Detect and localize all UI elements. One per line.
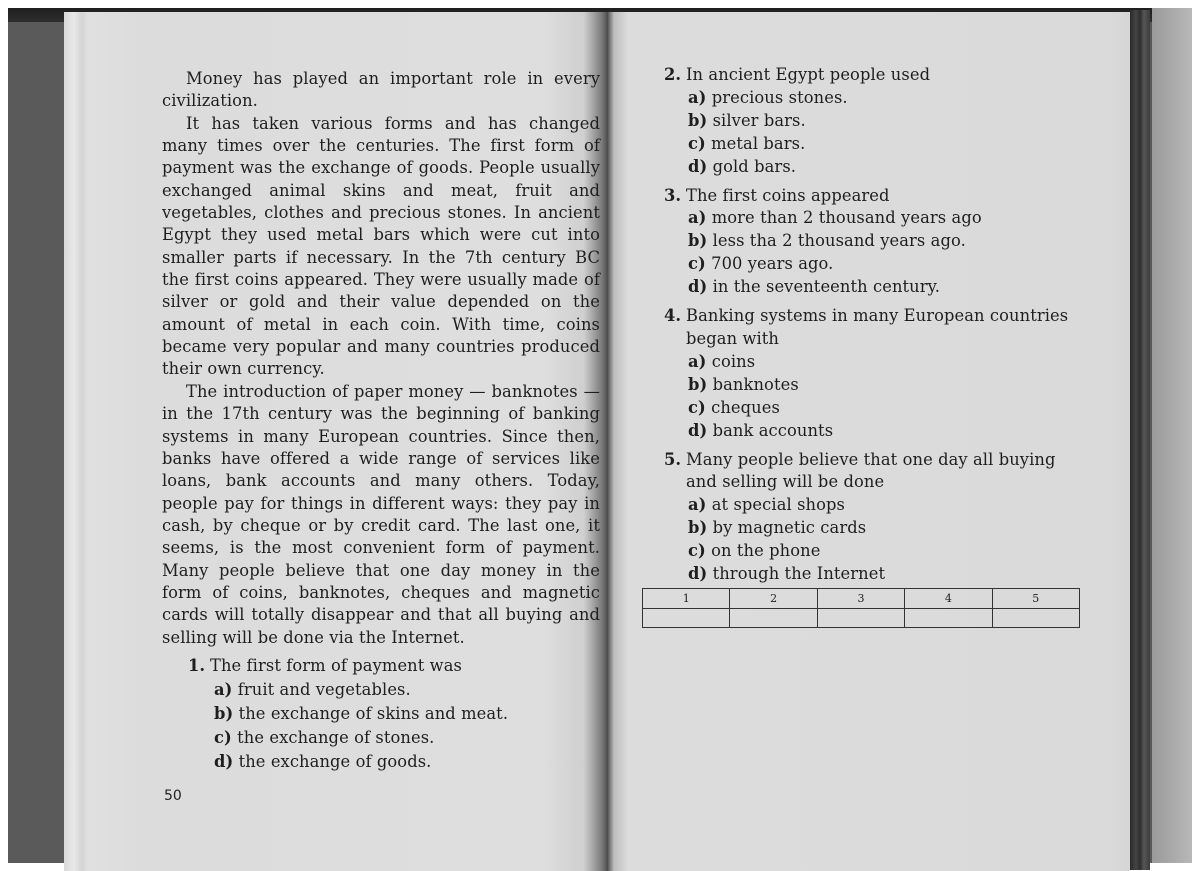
option-letter: b): [214, 704, 233, 723]
option-c: c) metal bars.: [664, 133, 1084, 156]
answer-table-header-row: 1 2 3 4 5: [643, 589, 1080, 609]
option-c: c) cheques: [664, 397, 1084, 420]
right-page-edge: [1130, 10, 1150, 870]
option-letter: a): [214, 680, 232, 699]
paragraph: The introduction of paper money — bankno…: [162, 381, 600, 649]
option-text: in the seventeenth century.: [713, 277, 940, 296]
option-b: b) silver bars.: [664, 110, 1084, 133]
question-text: Banking systems in many European countri…: [686, 306, 1068, 348]
option-letter: a): [688, 208, 706, 227]
option-text: 700 years ago.: [711, 254, 833, 273]
answer-table: 1 2 3 4 5: [642, 588, 1080, 628]
answer-cell: [643, 608, 730, 628]
paragraph: It has taken various forms and has chang…: [162, 113, 600, 381]
option-text: the exchange of stones.: [237, 728, 434, 747]
option-text: metal bars.: [711, 134, 805, 153]
option-letter: c): [688, 134, 706, 153]
option-text: precious stones.: [712, 88, 848, 107]
question-stem: 3. The first coins appeared: [664, 185, 1084, 208]
question-number: 2.: [664, 64, 681, 87]
option-text: by magnetic cards: [713, 518, 867, 537]
option-letter: b): [688, 518, 707, 537]
option-text: the exchange of skins and meat.: [239, 704, 509, 723]
option-a: a) more than 2 thousand years ago: [664, 207, 1084, 230]
question-number: 4.: [664, 305, 681, 328]
option-letter: c): [688, 254, 706, 273]
question-3: 3. The first coins appeared a) more than…: [664, 185, 1084, 300]
question-5: 5. Many people believe that one day all …: [664, 449, 1084, 586]
answer-cell: [817, 608, 904, 628]
question-4: 4. Banking systems in many European coun…: [664, 305, 1084, 442]
page-number: 50: [164, 788, 182, 804]
question-stem: 1. The first form of payment was: [188, 654, 608, 678]
answer-cell: [905, 608, 992, 628]
option-b: b) by magnetic cards: [664, 517, 1084, 540]
question-text: In ancient Egypt people used: [686, 65, 930, 84]
answer-table-answer-row: [643, 608, 1080, 628]
option-letter: d): [688, 421, 707, 440]
option-text: the exchange of goods.: [239, 752, 432, 771]
option-c: c) on the phone: [664, 540, 1084, 563]
option-letter: b): [688, 111, 707, 130]
paragraph: Money has played an important role in ev…: [162, 68, 600, 113]
scanner-background-right: [1152, 8, 1192, 863]
option-text: on the phone: [711, 541, 820, 560]
option-d: d) in the seventeenth century.: [664, 276, 1084, 299]
option-b: b) less tha 2 thousand years ago.: [664, 230, 1084, 253]
option-letter: c): [688, 398, 706, 417]
question-number: 5.: [664, 449, 681, 472]
answer-cell: [992, 608, 1079, 628]
questions-right-page: 2. In ancient Egypt people used a) preci…: [664, 64, 1084, 592]
option-b: b) the exchange of skins and meat.: [188, 702, 608, 726]
question-text: Many people believe that one day all buy…: [686, 450, 1056, 492]
answer-header-cell: 1: [643, 589, 730, 609]
option-d: d) bank accounts: [664, 420, 1084, 443]
reading-passage: Money has played an important role in ev…: [162, 68, 600, 649]
option-letter: a): [688, 88, 706, 107]
option-a: a) coins: [664, 351, 1084, 374]
option-c: c) 700 years ago.: [664, 253, 1084, 276]
question-stem: 5. Many people believe that one day all …: [664, 449, 1084, 495]
option-a: a) precious stones.: [664, 87, 1084, 110]
question-1: 1. The first form of payment was a) frui…: [188, 654, 608, 774]
option-letter: d): [688, 564, 707, 583]
option-text: through the Internet: [713, 564, 886, 583]
answer-header-cell: 5: [992, 589, 1079, 609]
option-d: d) through the Internet: [664, 563, 1084, 586]
option-text: fruit and vegetables.: [238, 680, 411, 699]
answer-header-cell: 3: [817, 589, 904, 609]
answer-header-cell: 2: [730, 589, 817, 609]
option-letter: b): [688, 231, 707, 250]
option-letter: a): [688, 352, 706, 371]
option-text: cheques: [711, 398, 780, 417]
answer-cell: [730, 608, 817, 628]
option-letter: d): [214, 752, 233, 771]
option-d: d) the exchange of goods.: [188, 750, 608, 774]
option-letter: c): [214, 728, 232, 747]
question-text: The first form of payment was: [210, 656, 462, 675]
option-a: a) at special shops: [664, 494, 1084, 517]
option-letter: d): [688, 277, 707, 296]
option-text: coins: [712, 352, 755, 371]
option-c: c) the exchange of stones.: [188, 726, 608, 750]
question-text: The first coins appeared: [686, 186, 890, 205]
question-stem: 4. Banking systems in many European coun…: [664, 305, 1084, 351]
question-stem: 2. In ancient Egypt people used: [664, 64, 1084, 87]
option-d: d) gold bars.: [664, 156, 1084, 179]
option-letter: d): [688, 157, 707, 176]
question-2: 2. In ancient Egypt people used a) preci…: [664, 64, 1084, 179]
option-a: a) fruit and vegetables.: [188, 678, 608, 702]
option-letter: b): [688, 375, 707, 394]
option-text: more than 2 thousand years ago: [712, 208, 982, 227]
question-number: 1.: [188, 654, 205, 678]
option-text: less tha 2 thousand years ago.: [713, 231, 966, 250]
option-text: banknotes: [713, 375, 799, 394]
option-letter: c): [688, 541, 706, 560]
option-b: b) banknotes: [664, 374, 1084, 397]
answer-header-cell: 4: [905, 589, 992, 609]
option-text: at special shops: [712, 495, 845, 514]
option-text: silver bars.: [713, 111, 806, 130]
option-text: bank accounts: [713, 421, 834, 440]
question-number: 3.: [664, 185, 681, 208]
option-text: gold bars.: [713, 157, 796, 176]
option-letter: a): [688, 495, 706, 514]
